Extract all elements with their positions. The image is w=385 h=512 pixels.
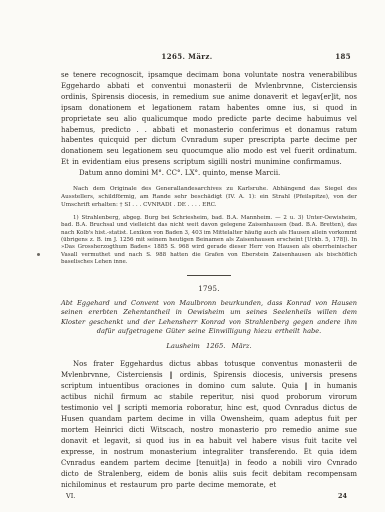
scan-speck (37, 253, 40, 256)
charter-1794-body-continuation: se tenere recognoscit, ipsamque decimam … (61, 70, 357, 168)
charter-1795-regest: Abt Eggehard und Convent von Maulbronn b… (61, 299, 357, 336)
charter-1794-source-note: Nach dem Originale des Generallandesarch… (61, 185, 357, 209)
entry-divider-rule (187, 275, 231, 276)
running-head-date: 1265. März. (161, 52, 212, 61)
sheet-number: 24 (338, 492, 347, 500)
charter-1794-footnote: 1) Strahlenberg, abgeg. Burg bei Schries… (61, 215, 357, 266)
volume-signature: VI. (66, 492, 75, 500)
charter-1795-body: Nos frater Eggehardus dictus abbas totus… (61, 359, 357, 491)
charter-1794-datum-line: Datum anno domini M°. CC°. LX°. quinto, … (61, 168, 357, 179)
running-head: 1265. März. 185 (61, 52, 357, 62)
page-text-block: 1265. März. 185 se tenere recognoscit, i… (61, 52, 357, 500)
charter-1795-dateline: Lausheim 1265. März. (61, 342, 357, 350)
page-number: 185 (335, 52, 351, 61)
sheet-footer: VI. 24 (61, 492, 357, 500)
charter-1795-number: 1795. (61, 285, 357, 293)
book-page: 1265. März. 185 se tenere recognoscit, i… (0, 0, 385, 512)
